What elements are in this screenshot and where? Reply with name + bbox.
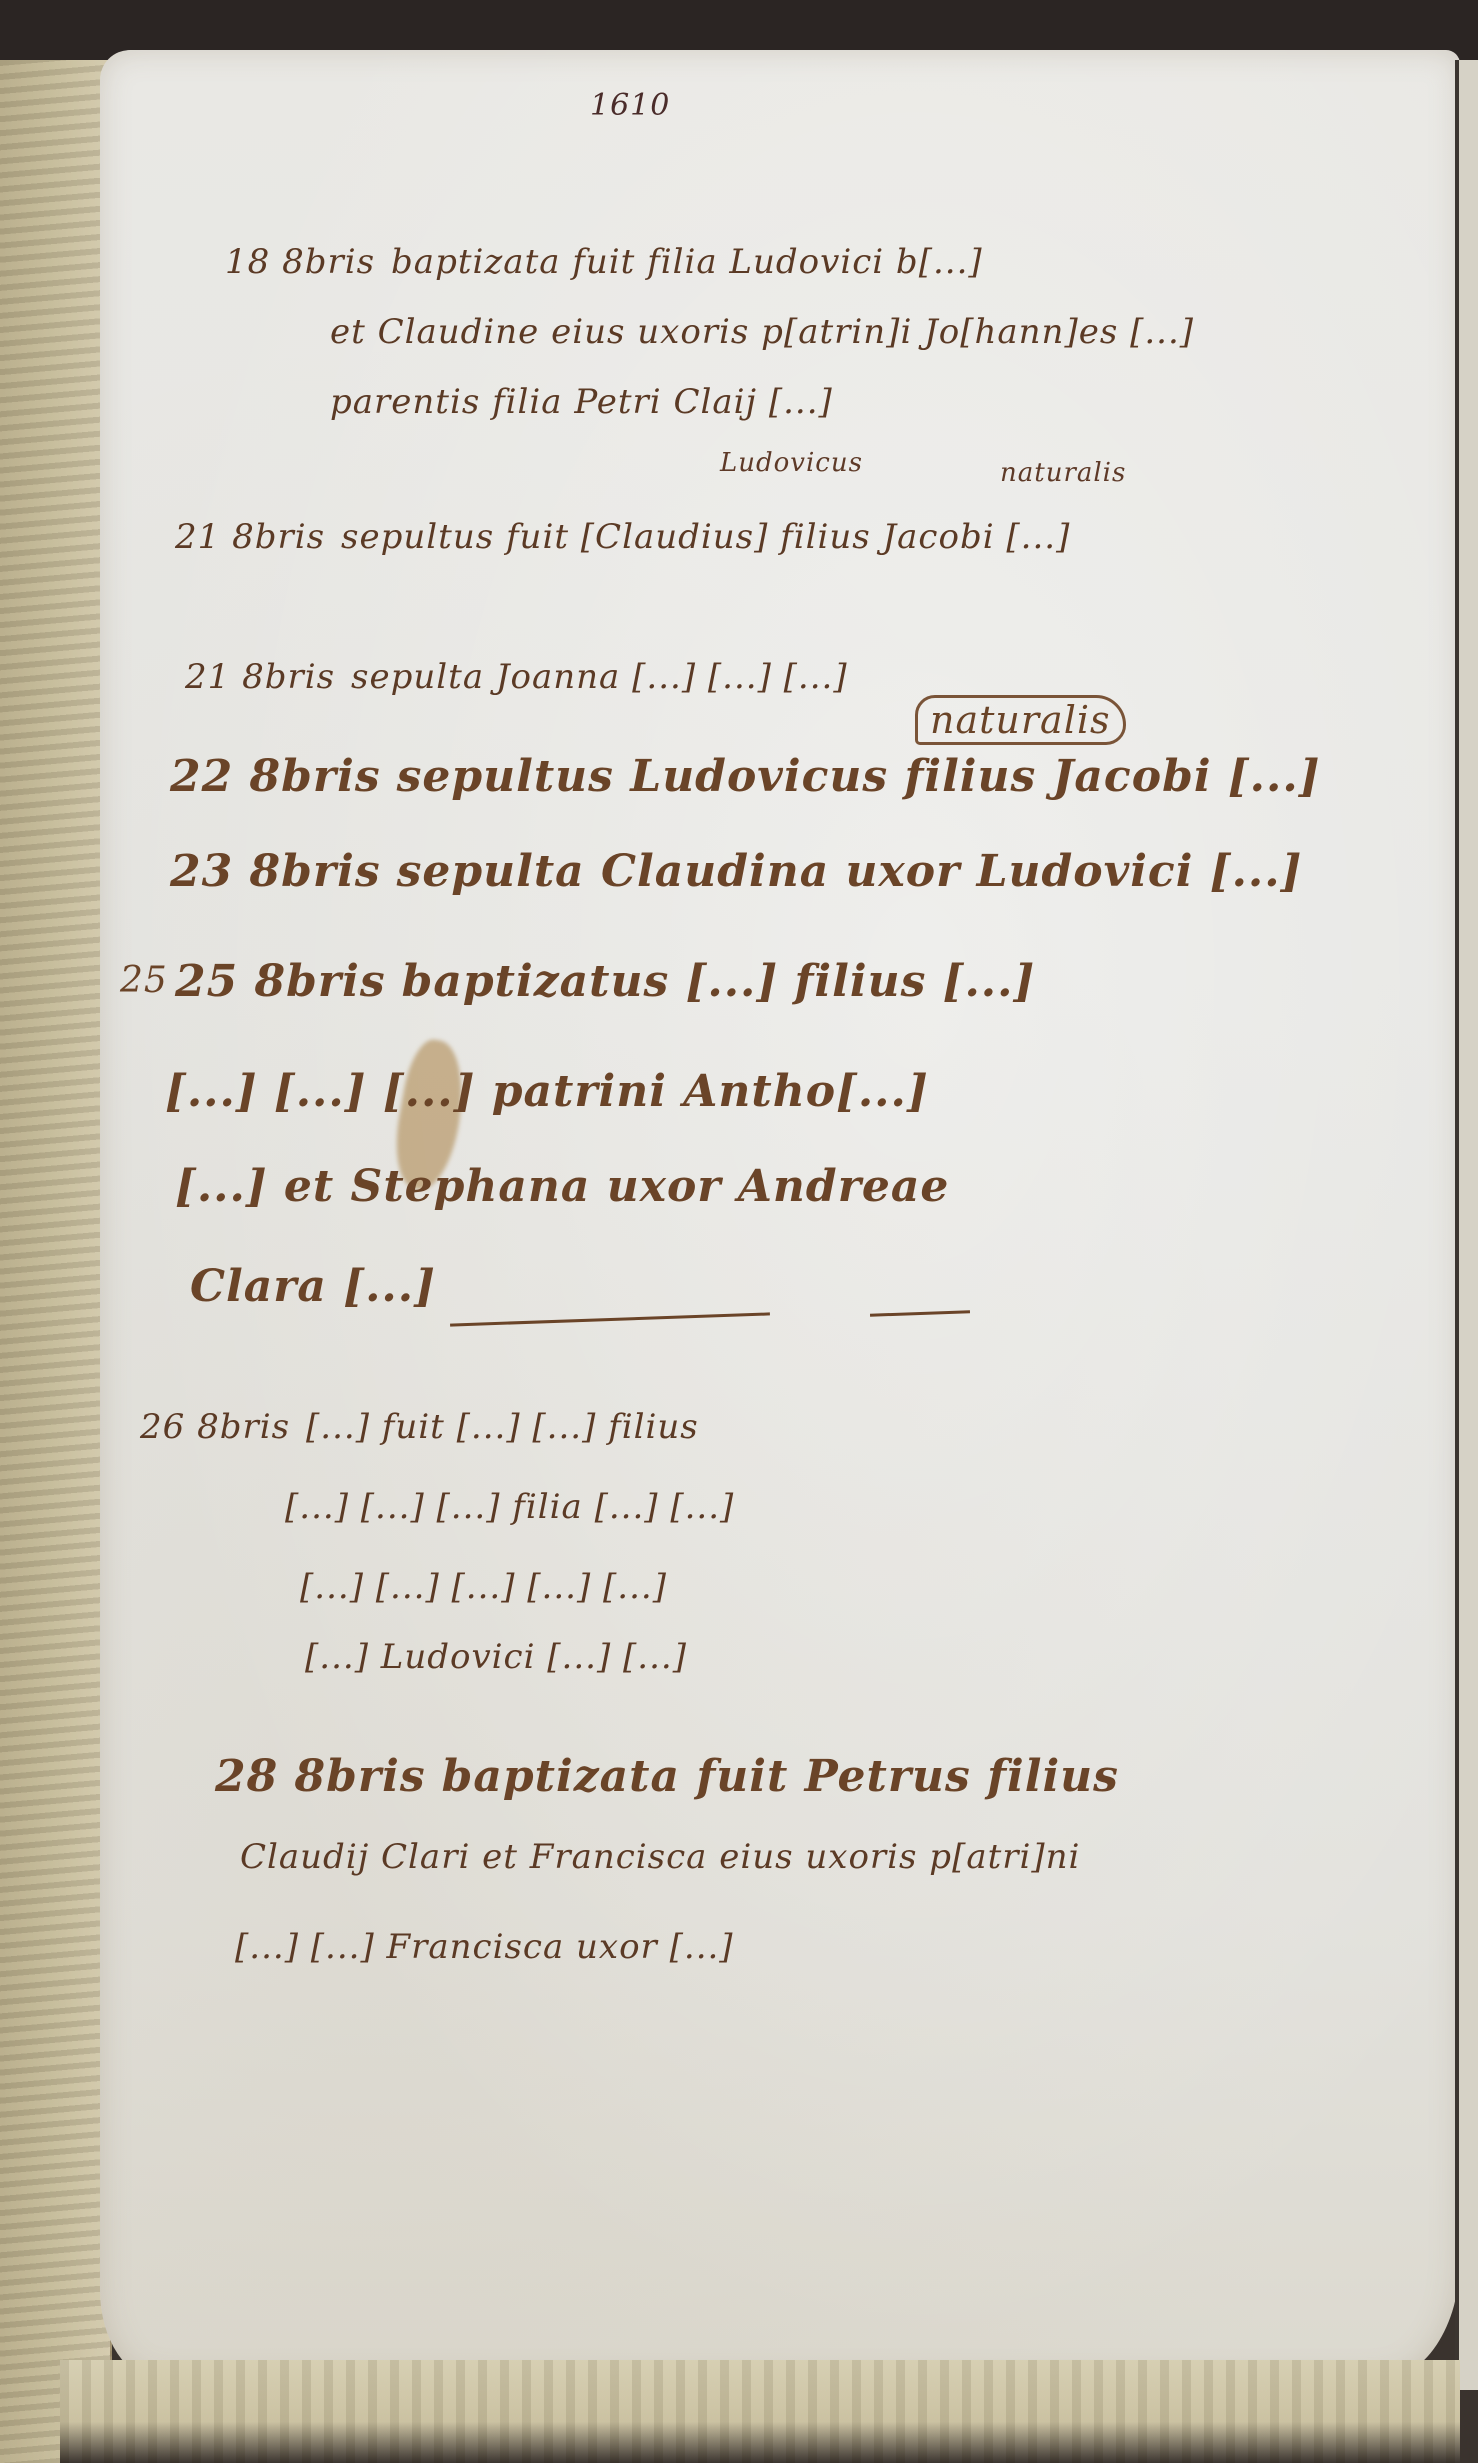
entry-8-line-3: [...] [...] Francisca uxor [...] (235, 1930, 734, 1964)
entry-date: 21 8bris (185, 660, 335, 694)
entry-date: 23 8bris (170, 850, 381, 894)
page-edge-right (1455, 60, 1478, 2390)
entry-date: 21 8bris (175, 520, 325, 554)
entry-date: 25 8bris (175, 960, 386, 1004)
entry-date: 18 8bris (225, 245, 375, 279)
entry-2-line-1: 21 8brissepultus fuit [Claudius] filius … (175, 520, 1070, 554)
entry-1-line-1: 18 8brisbaptizata fuit filia Ludovici b[… (225, 245, 983, 279)
entry-1-line-3: parentis filia Petri Claij [...] (330, 385, 833, 419)
entry-6-line-3: [...] et Stephana uxor Andreae (175, 1165, 949, 1209)
margin-correction: 25 (120, 960, 168, 1001)
entry-text: sepulta Joanna [...] [...] [...] (351, 657, 848, 697)
page-bottom-edge (60, 2360, 1460, 2463)
entry-6-line-1: 25 8brisbaptizatus [...] filius [...] (175, 960, 1035, 1004)
entry-7-line-4: [...] Ludovici [...] [...] (305, 1640, 687, 1674)
entry-text: [...] fuit [...] [...] filius (306, 1407, 699, 1447)
circled-insertion-naturalis: naturalis (915, 695, 1126, 745)
entry-text: sepultus Ludovicus filius Jacobi [...] (397, 751, 1321, 802)
entry-5-line-1: 23 8brissepulta Claudina uxor Ludovici [… (170, 850, 1302, 894)
entry-date: 28 8bris (215, 1755, 426, 1799)
entry-date: 22 8bris (170, 755, 381, 799)
entry-text: baptizata fuit Petrus filius (442, 1751, 1119, 1802)
manuscript-photo: 1610 18 8brisbaptizata fuit filia Ludovi… (0, 0, 1478, 2463)
entry-date: 26 8bris (140, 1410, 290, 1444)
interlinear-ludovicus: Ludovicus (720, 448, 863, 478)
entry-text: sepulta Claudina uxor Ludovici [...] (397, 846, 1303, 897)
entry-6-line-2: [...] [...] [...] patrini Antho[...] (165, 1070, 929, 1114)
folio-year: 1610 (590, 88, 670, 123)
interlinear-naturalis: naturalis (1000, 458, 1126, 488)
entry-text: sepultus fuit [Claudius] filius Jacobi [… (341, 517, 1070, 557)
entry-text: baptizatus [...] filius [...] (402, 956, 1036, 1007)
entry-7-line-1: 26 8bris[...] fuit [...] [...] filius (140, 1410, 699, 1444)
entry-7-line-2: [...] [...] [...] filia [...] [...] (285, 1490, 734, 1524)
entry-6-line-4: Clara [...] (190, 1265, 436, 1309)
entry-8-line-2: Claudij Clari et Francisca eius uxoris p… (240, 1840, 1080, 1874)
entry-8-line-1: 28 8brisbaptizata fuit Petrus filius (215, 1755, 1119, 1799)
entry-7-line-3: [...] [...] [...] [...] [...] (300, 1570, 667, 1604)
entry-1-line-2: et Claudine eius uxoris p[atrin]i Jo[han… (330, 315, 1194, 349)
entry-text: baptizata fuit filia Ludovici b[...] (391, 242, 983, 282)
entry-4-line-1: 22 8brissepultus Ludovicus filius Jacobi… (170, 755, 1320, 799)
binding-edge-left (0, 60, 112, 2463)
entry-3-line-1: 21 8brissepulta Joanna [...] [...] [...] (185, 660, 848, 694)
